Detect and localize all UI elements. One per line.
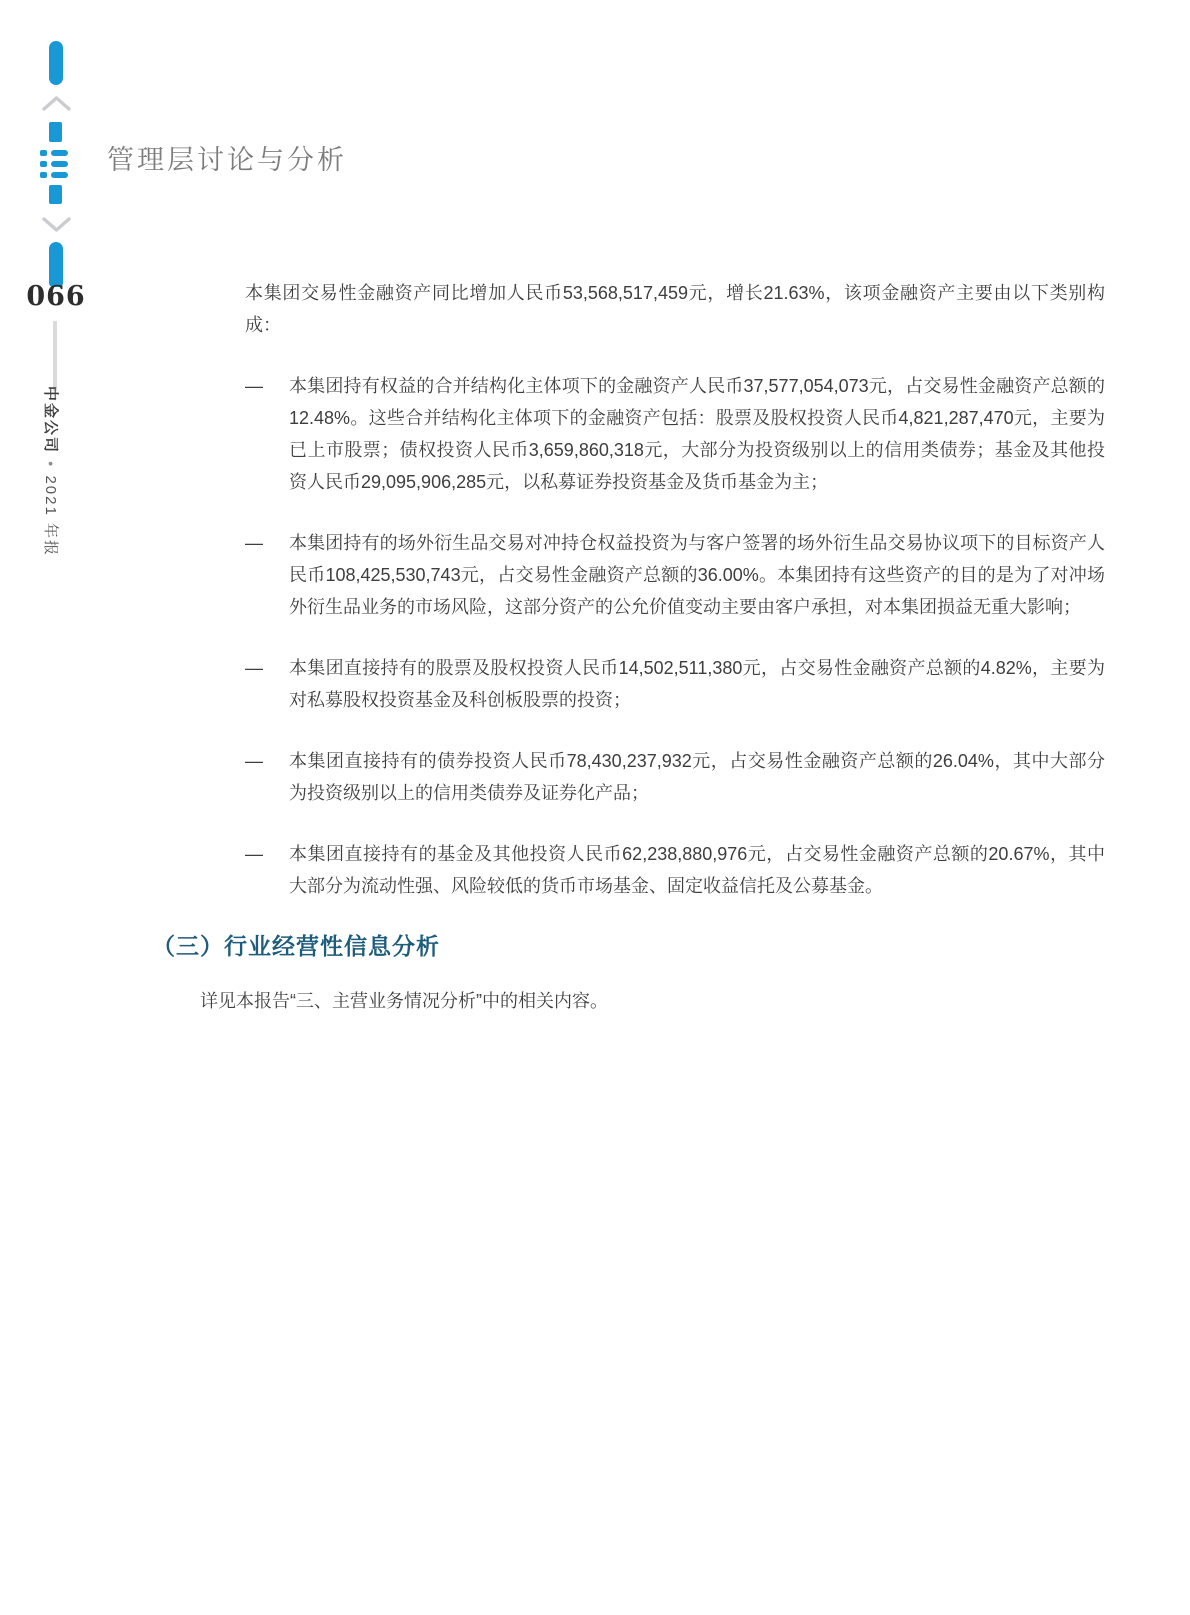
- bullet-text: 本集团持有权益的合并结构化主体项下的金融资产人民币37,577,054,073元…: [289, 370, 1105, 498]
- accent-square-top: [49, 122, 62, 142]
- bullet-item: — 本集团直接持有的股票及股权投资人民币14,502,511,380元，占交易性…: [245, 652, 1105, 716]
- bullet-item: — 本集团直接持有的债券投资人民币78,430,237,932元，占交易性金融资…: [245, 745, 1105, 809]
- bullet-item: — 本集团持有的场外衍生品交易对冲持仓权益投资为与客户签署的场外衍生品交易协议项…: [245, 527, 1105, 623]
- bullet-marker: —: [245, 370, 289, 498]
- chapter-title: 管理层讨论与分析: [107, 138, 347, 177]
- bullet-marker: —: [245, 652, 289, 716]
- intro-paragraph: 本集团交易性金融资产同比增加人民币53,568,517,459元，增长21.63…: [245, 277, 1105, 341]
- bullet-marker: —: [245, 527, 289, 623]
- bullet-list: — 本集团持有权益的合并结构化主体项下的金融资产人民币37,577,054,07…: [152, 370, 1107, 902]
- main-content: 本集团交易性金融资产同比增加人民币53,568,517,459元，增长21.63…: [152, 277, 1107, 1017]
- menu-list-icon: [40, 150, 68, 178]
- bullet-marker: —: [245, 838, 289, 902]
- accent-square-bottom: [49, 185, 62, 204]
- bullet-text: 本集团直接持有的基金及其他投资人民币62,238,880,976元，占交易性金融…: [289, 838, 1105, 902]
- section-heading: （三）行业经营性信息分析: [152, 931, 1107, 961]
- bullet-text: 本集团直接持有的股票及股权投资人民币14,502,511,380元，占交易性金融…: [289, 652, 1105, 716]
- bullet-text: 本集团持有的场外衍生品交易对冲持仓权益投资为与客户签署的场外衍生品交易协议项下的…: [289, 527, 1105, 623]
- bullet-item: — 本集团持有权益的合并结构化主体项下的金融资产人民币37,577,054,07…: [245, 370, 1105, 498]
- bullet-text: 本集团直接持有的债券投资人民币78,430,237,932元，占交易性金融资产总…: [289, 745, 1105, 809]
- spine-year-label: 2021 年报: [42, 475, 59, 557]
- section-body-paragraph: 详见本报告“三、主营业务情况分析”中的相关内容。: [200, 985, 1107, 1017]
- bullet-item: — 本集团直接持有的基金及其他投资人民币62,238,880,976元，占交易性…: [245, 838, 1105, 902]
- chevron-down-icon: [41, 216, 72, 233]
- spine-company-name: 中金公司: [42, 386, 59, 454]
- spine-label: 中金公司●2021 年报: [41, 386, 62, 557]
- bullet-marker: —: [245, 745, 289, 809]
- spine-separator-dot: ●: [46, 461, 56, 468]
- page-number-rule: [53, 321, 57, 391]
- accent-bar-top: [49, 41, 63, 85]
- chevron-up-icon: [41, 95, 72, 112]
- page-number: 066: [14, 281, 98, 312]
